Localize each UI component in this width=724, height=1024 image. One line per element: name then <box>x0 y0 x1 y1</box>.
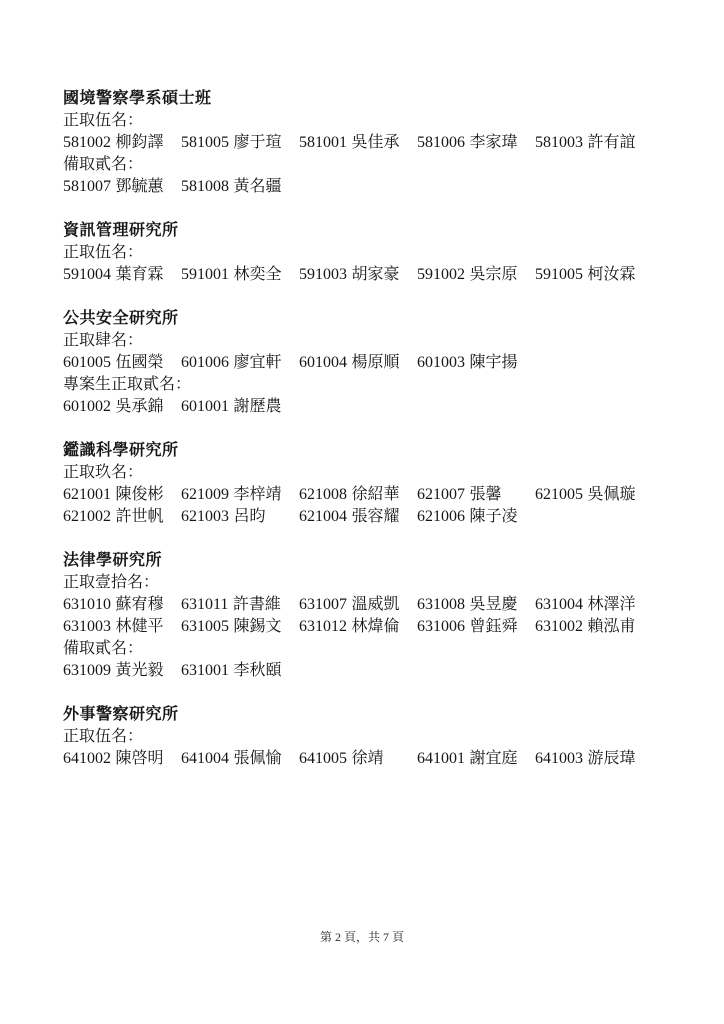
candidate-id: 621003 <box>181 508 229 525</box>
candidate-name: 溫威凱 <box>351 596 399 613</box>
admission-entry: 591003胡家豪 <box>299 264 399 286</box>
admission-entry: 641004張佩愉 <box>181 748 281 770</box>
admission-entries-grid: 641002陳啓明641004張佩愉641005徐靖641001謝宜庭64100… <box>63 748 663 770</box>
candidate-id: 631011 <box>181 596 228 613</box>
candidate-id: 601003 <box>417 354 465 371</box>
admission-entry: 631010蘇宥穆 <box>63 594 163 616</box>
admission-entry: 601006廖宜軒 <box>181 352 281 374</box>
candidate-id: 591005 <box>535 266 583 283</box>
admission-entry: 621009李梓靖 <box>181 484 281 506</box>
document-page: 國境警察學系碩士班正取伍名：581002柳鈞譯581005廖于瑄581001吳佳… <box>0 0 724 1024</box>
page-footer: 第 2 頁，共 7 頁 <box>0 929 724 945</box>
candidate-id: 621009 <box>181 486 229 503</box>
admission-group-label: 正取伍名： <box>63 726 663 748</box>
admission-entry: 631005陳錫文 <box>181 616 281 638</box>
candidate-name: 陳錫文 <box>233 618 281 635</box>
candidate-name: 李梓靖 <box>233 486 281 503</box>
admission-entry: 581005廖于瑄 <box>181 132 281 154</box>
admission-entry: 591005柯汝霖 <box>535 264 635 286</box>
admission-entry: 631006曾鈺舜 <box>417 616 517 638</box>
candidate-id: 631009 <box>63 662 111 679</box>
program-section: 國境警察學系碩士班正取伍名：581002柳鈞譯581005廖于瑄581001吳佳… <box>63 88 663 198</box>
section-title: 法律學研究所 <box>63 550 663 572</box>
admission-entry: 621003呂昀 <box>181 506 265 528</box>
admission-entry: 631004林澤洋 <box>535 594 635 616</box>
admission-group-label: 正取壹拾名： <box>63 572 663 594</box>
candidate-id: 621007 <box>417 486 465 503</box>
candidate-name: 張容耀 <box>351 508 399 525</box>
candidate-name: 黃名疆 <box>233 178 281 195</box>
candidate-id: 601006 <box>181 354 229 371</box>
page-number-text: 第 2 頁，共 7 頁 <box>320 930 404 944</box>
candidate-name: 張佩愉 <box>233 750 281 767</box>
candidate-id: 591001 <box>181 266 229 283</box>
admission-entry: 581001吳佳承 <box>299 132 399 154</box>
candidate-id: 631004 <box>535 596 583 613</box>
candidate-id: 631008 <box>417 596 465 613</box>
admission-entry: 591004葉育霖 <box>63 264 163 286</box>
admission-entry: 631008吳昱慶 <box>417 594 517 616</box>
admission-entry: 601003陳宇揚 <box>417 352 517 374</box>
candidate-id: 581005 <box>181 134 229 151</box>
program-section: 鑑識科學研究所正取玖名：621001陳俊彬621009李梓靖621008徐紹華6… <box>63 440 663 528</box>
admission-entry: 621001陳俊彬 <box>63 484 163 506</box>
candidate-name: 廖宜軒 <box>233 354 281 371</box>
candidate-name: 謝歷農 <box>233 398 281 415</box>
program-section: 資訊管理研究所正取伍名：591004葉育霖591001林奕全591003胡家豪5… <box>63 220 663 286</box>
candidate-id: 631002 <box>535 618 583 635</box>
admission-entries-grid: 631010蘇宥穆631011許書維631007溫威凱631008吳昱慶6310… <box>63 594 663 638</box>
candidate-id: 641001 <box>417 750 465 767</box>
section-title: 外事警察研究所 <box>63 704 663 726</box>
admission-entry: 621006陳子凌 <box>417 506 517 528</box>
admission-group-label: 正取伍名： <box>63 110 663 132</box>
candidate-name: 李秋頤 <box>233 662 281 679</box>
candidate-name: 許有誼 <box>587 134 635 151</box>
candidate-name: 張馨 <box>469 486 501 503</box>
candidate-name: 曾鈺舜 <box>469 618 517 635</box>
candidate-name: 陳子凌 <box>469 508 517 525</box>
admission-entry: 641003游辰瑋 <box>535 748 635 770</box>
admission-entry: 631012林煒倫 <box>299 616 399 638</box>
admission-entry: 591002吳宗原 <box>417 264 517 286</box>
candidate-name: 許世帆 <box>115 508 163 525</box>
admission-entry: 631007溫威凱 <box>299 594 399 616</box>
candidate-name: 葉育霖 <box>115 266 163 283</box>
candidate-id: 631007 <box>299 596 347 613</box>
admission-results-list: 國境警察學系碩士班正取伍名：581002柳鈞譯581005廖于瑄581001吳佳… <box>63 88 663 792</box>
admission-entries-grid: 631009黃光毅631001李秋頤 <box>63 660 663 682</box>
admission-entry: 631001李秋頤 <box>181 660 281 682</box>
candidate-id: 631010 <box>63 596 111 613</box>
admission-group-label: 專案生正取貳名： <box>63 374 663 396</box>
candidate-name: 林煒倫 <box>351 618 399 635</box>
admission-entry: 621005吳佩璇 <box>535 484 635 506</box>
admission-entry: 591001林奕全 <box>181 264 281 286</box>
section-title: 鑑識科學研究所 <box>63 440 663 462</box>
candidate-name: 徐靖 <box>351 750 383 767</box>
admission-group-label: 正取伍名： <box>63 242 663 264</box>
admission-entries-grid: 621001陳俊彬621009李梓靖621008徐紹華621007張馨62100… <box>63 484 663 528</box>
candidate-id: 601002 <box>63 398 111 415</box>
admission-entry: 581003許有誼 <box>535 132 635 154</box>
admission-entry: 601005伍國榮 <box>63 352 163 374</box>
candidate-id: 591002 <box>417 266 465 283</box>
candidate-name: 謝宜庭 <box>469 750 517 767</box>
candidate-name: 許書維 <box>233 596 281 613</box>
candidate-name: 楊原順 <box>351 354 399 371</box>
candidate-id: 631005 <box>181 618 229 635</box>
candidate-name: 伍國榮 <box>115 354 163 371</box>
admission-entry: 621002許世帆 <box>63 506 163 528</box>
admission-entry: 581002柳鈞譯 <box>63 132 163 154</box>
admission-entry: 601001謝歷農 <box>181 396 281 418</box>
candidate-id: 621001 <box>63 486 111 503</box>
admission-group-label: 正取玖名： <box>63 462 663 484</box>
admission-entry: 621004張容耀 <box>299 506 399 528</box>
admission-entry: 621008徐紹華 <box>299 484 399 506</box>
admission-entry: 641001謝宜庭 <box>417 748 517 770</box>
section-title: 國境警察學系碩士班 <box>63 88 663 110</box>
candidate-id: 601004 <box>299 354 347 371</box>
candidate-id: 641004 <box>181 750 229 767</box>
program-section: 法律學研究所正取壹拾名：631010蘇宥穆631011許書維631007溫威凱6… <box>63 550 663 682</box>
candidate-id: 581007 <box>63 178 111 195</box>
candidate-id: 621005 <box>535 486 583 503</box>
candidate-id: 591004 <box>63 266 111 283</box>
admission-entry: 631003林健平 <box>63 616 163 638</box>
admission-entries-grid: 601005伍國榮601006廖宜軒601004楊原順601003陳宇揚 <box>63 352 663 374</box>
section-title: 資訊管理研究所 <box>63 220 663 242</box>
candidate-id: 621004 <box>299 508 347 525</box>
candidate-name: 陳啓明 <box>115 750 163 767</box>
candidate-name: 胡家豪 <box>351 266 399 283</box>
candidate-name: 吳佳承 <box>351 134 399 151</box>
admission-entry: 621007張馨 <box>417 484 501 506</box>
candidate-name: 吳昱慶 <box>469 596 517 613</box>
candidate-name: 陳宇揚 <box>469 354 517 371</box>
admission-entries-grid: 581007鄧毓蕙581008黃名疆 <box>63 176 663 198</box>
candidate-id: 621008 <box>299 486 347 503</box>
candidate-id: 581001 <box>299 134 347 151</box>
admission-entries-grid: 581002柳鈞譯581005廖于瑄581001吳佳承581006李家瑋5810… <box>63 132 663 154</box>
candidate-name: 林健平 <box>115 618 163 635</box>
admission-entry: 601004楊原順 <box>299 352 399 374</box>
candidate-id: 621006 <box>417 508 465 525</box>
admission-entry: 581008黃名疆 <box>181 176 281 198</box>
candidate-name: 蘇宥穆 <box>115 596 163 613</box>
candidate-name: 黃光毅 <box>115 662 163 679</box>
admission-entry: 641002陳啓明 <box>63 748 163 770</box>
candidate-id: 591003 <box>299 266 347 283</box>
candidate-name: 李家瑋 <box>469 134 517 151</box>
candidate-id: 631006 <box>417 618 465 635</box>
candidate-id: 641005 <box>299 750 347 767</box>
candidate-name: 柳鈞譯 <box>115 134 163 151</box>
candidate-name: 吳承錦 <box>115 398 163 415</box>
admission-entry: 581007鄧毓蕙 <box>63 176 163 198</box>
candidate-id: 601001 <box>181 398 229 415</box>
program-section: 公共安全研究所正取肆名：601005伍國榮601006廖宜軒601004楊原順6… <box>63 308 663 418</box>
admission-entry: 601002吳承錦 <box>63 396 163 418</box>
candidate-name: 柯汝霖 <box>587 266 635 283</box>
candidate-name: 鄧毓蕙 <box>115 178 163 195</box>
admission-entries-grid: 591004葉育霖591001林奕全591003胡家豪591002吳宗原5910… <box>63 264 663 286</box>
admission-entry: 641005徐靖 <box>299 748 383 770</box>
candidate-name: 廖于瑄 <box>233 134 281 151</box>
candidate-id: 581006 <box>417 134 465 151</box>
candidate-name: 陳俊彬 <box>115 486 163 503</box>
candidate-id: 581002 <box>63 134 111 151</box>
candidate-name: 徐紹華 <box>351 486 399 503</box>
admission-group-label: 正取肆名： <box>63 330 663 352</box>
candidate-id: 621002 <box>63 508 111 525</box>
candidate-id: 581003 <box>535 134 583 151</box>
candidate-name: 吳佩璇 <box>587 486 635 503</box>
candidate-name: 賴泓甫 <box>587 618 635 635</box>
admission-entry: 581006李家瑋 <box>417 132 517 154</box>
candidate-id: 641002 <box>63 750 111 767</box>
admission-entry: 631011許書維 <box>181 594 281 616</box>
program-section: 外事警察研究所正取伍名：641002陳啓明641004張佩愉641005徐靖64… <box>63 704 663 770</box>
section-title: 公共安全研究所 <box>63 308 663 330</box>
candidate-id: 581008 <box>181 178 229 195</box>
candidate-id: 631001 <box>181 662 229 679</box>
admission-group-label: 備取貳名： <box>63 638 663 660</box>
admission-entry: 631009黃光毅 <box>63 660 163 682</box>
admission-group-label: 備取貳名： <box>63 154 663 176</box>
candidate-name: 林奕全 <box>233 266 281 283</box>
candidate-name: 游辰瑋 <box>587 750 635 767</box>
admission-entries-grid: 601002吳承錦601001謝歷農 <box>63 396 663 418</box>
candidate-name: 吳宗原 <box>469 266 517 283</box>
candidate-id: 631012 <box>299 618 347 635</box>
candidate-name: 林澤洋 <box>587 596 635 613</box>
candidate-id: 641003 <box>535 750 583 767</box>
admission-entry: 631002賴泓甫 <box>535 616 635 638</box>
candidate-name: 呂昀 <box>233 508 265 525</box>
candidate-id: 601005 <box>63 354 111 371</box>
candidate-id: 631003 <box>63 618 111 635</box>
